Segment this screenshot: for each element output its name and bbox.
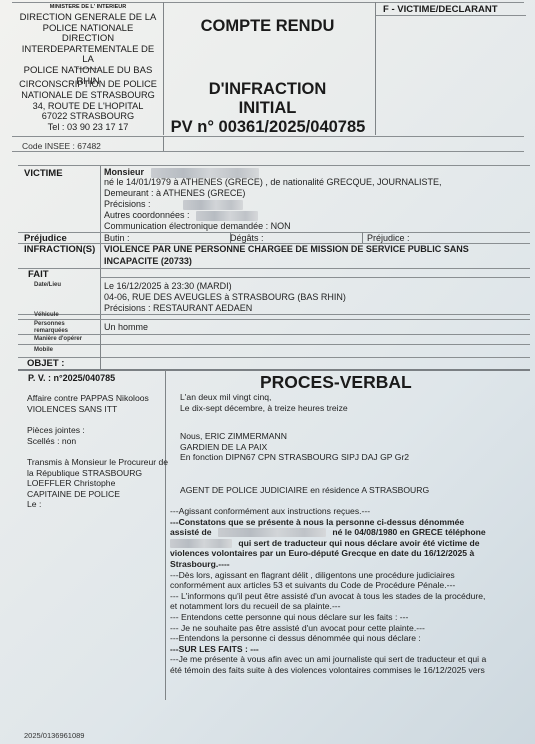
- officer-name: Nous, ERIC ZIMMERMANN: [180, 431, 409, 442]
- pv-opening: L'an deux mil vingt cinq, Le dix-sept dé…: [180, 392, 348, 413]
- assisted-by-label: assisté de: [170, 527, 212, 537]
- infraction-line: INCAPACITE (20733): [104, 256, 192, 266]
- header-bottom-border: [12, 136, 524, 137]
- constat-line: ---Constatons que se présente à nous la …: [170, 517, 486, 528]
- butin-field: Butin :: [104, 233, 130, 243]
- officer-quality: AGENT DE POLICE JUDICIAIRE en résidence …: [180, 485, 429, 496]
- direction-line: DIRECTION GENERALE DE LA: [15, 13, 161, 24]
- subtitle-line: D'INFRACTION: [165, 80, 370, 99]
- vehicule-label: Véhicule: [34, 312, 59, 319]
- pieces-line: Pièces jointes :: [27, 425, 85, 436]
- circonscription-line: 67022 STRASBOURG: [15, 111, 161, 122]
- document-title: COMPTE RENDU: [165, 17, 370, 36]
- entendons-line: --- Entendons cette personne qui nous dé…: [170, 612, 486, 623]
- subtitle-line: INITIAL: [165, 99, 370, 118]
- avocat-line: et notamment lors du recueil de sa plain…: [170, 601, 486, 612]
- degats-field: Dégâts :: [230, 233, 264, 243]
- objet-label: OBJET :: [27, 358, 64, 369]
- fait-subborder: [100, 277, 530, 278]
- form-type-label: F - VICTIME/DECLARANT: [383, 4, 498, 15]
- affaire-block: Affaire contre PAPPAS Nikoloos VIOLENCES…: [27, 393, 149, 414]
- affaire-line: Affaire contre PAPPAS Nikoloos: [27, 393, 149, 404]
- direction-line: INTERDEPARTEMENTALE DE LA: [15, 45, 161, 66]
- direction-block: DIRECTION GENERALE DE LA POLICE NATIONAL…: [15, 13, 161, 87]
- personnes-label: Personnes remarquées: [34, 321, 68, 334]
- statement-line: été témoin des faits suite à des violenc…: [170, 665, 486, 676]
- flagrant-line: ---Dès lors, agissant en flagrant délit …: [170, 570, 486, 581]
- mobile-top-border: [18, 344, 530, 345]
- redacted-precisions: [183, 200, 243, 210]
- officer-block: Nous, ERIC ZIMMERMANN GARDIEN DE LA PAIX…: [180, 431, 409, 463]
- personnes-value: Un homme: [104, 322, 148, 332]
- pv-column-divider: [165, 370, 166, 700]
- circonscription-line: NATIONALE DE STRASBOURG: [15, 90, 161, 101]
- pv-body: ---Agissant conformément aux instruction…: [170, 506, 486, 676]
- scelles-line: Scellés : non: [27, 436, 85, 447]
- objet-bottom-border: [18, 369, 530, 371]
- avocat-line: --- L'informons qu'il peut être assisté …: [170, 591, 486, 602]
- no-lawyer-line: --- Je ne souhaite pas être assisté d'un…: [170, 623, 486, 634]
- infraction-label: INFRACTION(S): [24, 244, 95, 255]
- translator-birth: né le 04/08/1980 en GRECE téléphone: [332, 527, 485, 537]
- redacted-contacts: [196, 211, 258, 221]
- ministry-label: MINISTERE DE L' INTERIEUR: [20, 4, 156, 10]
- personnes-label-line: Personnes: [34, 321, 68, 328]
- circonscription-line: CIRCONSCRIPTION DE POLICE: [15, 79, 161, 90]
- label-column-divider: [100, 166, 101, 344]
- instructions-line: ---Agissant conformément aux instruction…: [170, 506, 486, 517]
- fait-precisions: Précisions : RESTAURANT AEDAEN: [104, 303, 252, 313]
- constat-line: assisté de né le 04/08/1980 en GRECE tél…: [170, 527, 486, 538]
- victim-other-contacts: Autres coordonnées :: [104, 210, 258, 221]
- header-divider: [375, 2, 376, 135]
- mobile-label: Mobile: [34, 347, 53, 354]
- entendons-line: ---Entendons la personne ci dessus dénom…: [170, 633, 486, 644]
- insee-divider: [163, 136, 164, 151]
- transmis-block: Transmis à Monsieur le Procureur de la R…: [27, 457, 168, 510]
- redacted-translator-name: [218, 528, 326, 537]
- proces-verbal-title: PROCES-VERBAL: [260, 372, 412, 393]
- footer-reference: 2025/0136961089: [24, 731, 84, 740]
- year-line: L'an deux mil vingt cinq,: [180, 392, 348, 403]
- fait-label: FAIT: [28, 269, 49, 280]
- pv-number: PV n° 00361/2025/040785: [162, 118, 374, 137]
- prejudice-top-border: [18, 232, 530, 233]
- date-lieu-label: Date/Lieu: [34, 282, 61, 289]
- date-line: Le dix-sept décembre, à treize heures tr…: [180, 403, 348, 414]
- insee-bottom-border: [12, 151, 524, 152]
- prejudice-divider: [362, 232, 363, 243]
- statement-line: ---Je me présente à vous afin avec un am…: [170, 654, 486, 665]
- victim-label: VICTIME: [24, 168, 63, 179]
- transmis-line: LOEFFLER Christophe: [27, 478, 168, 489]
- label-column-divider: [100, 357, 101, 369]
- transmis-line: Le :: [27, 499, 168, 510]
- maniere-label: Manière d'opérer: [34, 336, 82, 343]
- constat-line: Strasbourg.----: [170, 559, 486, 570]
- victim-birth-line: né le 14/01/1979 à ATHENES (GRECE) , de …: [104, 177, 441, 187]
- constat-text: qui sert de traducteur qui nous déclare …: [238, 538, 479, 548]
- constat-line: qui sert de traducteur qui nous déclare …: [170, 538, 486, 549]
- pieces-block: Pièces jointes : Scellés : non: [27, 425, 85, 446]
- separator: ----------: [15, 66, 161, 73]
- sur-les-faits-heading: ---SUR LES FAITS : ---: [170, 644, 486, 655]
- form-type-underline: [376, 15, 526, 16]
- transmis-line: la République STRASBOURG: [27, 468, 168, 479]
- infraction-line: VIOLENCE PAR UNE PERSONNE CHARGEE DE MIS…: [104, 244, 469, 254]
- fait-address: 04-06, RUE DES AVEUGLES à STRASBOURG (BA…: [104, 292, 346, 302]
- officer-unit: En fonction DIPN67 CPN STRASBOURG SIPJ D…: [180, 452, 409, 463]
- prejudice-field: Préjudice :: [367, 233, 410, 243]
- pv-reference: P. V. : n°2025/040785: [28, 373, 115, 383]
- victim-electronic-comm: Communication électronique demandée : NO…: [104, 221, 291, 231]
- label-column-divider: [100, 344, 101, 357]
- top-border: [12, 2, 524, 3]
- flagrant-line: conformément aux articles 53 et suivants…: [170, 580, 486, 591]
- redacted-phone: [170, 539, 232, 548]
- personnes-top-border: [18, 319, 530, 320]
- code-insee: Code INSEE : 67482: [22, 141, 101, 151]
- header-divider: [163, 2, 164, 135]
- maniere-top-border: [18, 334, 530, 335]
- precisions-label: Précisions :: [104, 199, 151, 209]
- fait-top-border: [18, 268, 530, 269]
- transmis-line: CAPITAINE DE POLICE: [27, 489, 168, 500]
- circonscription-line: 34, ROUTE DE L'HOPITAL: [15, 101, 161, 112]
- other-contacts-label: Autres coordonnées :: [104, 210, 190, 220]
- circonscription-block: CIRCONSCRIPTION DE POLICE NATIONALE DE S…: [15, 79, 161, 133]
- officer-rank: GARDIEN DE LA PAIX: [180, 442, 409, 453]
- victim-residence: Demeurant : à ATHENES (GRECE): [104, 188, 245, 198]
- vehicule-top-border: [18, 314, 530, 315]
- civility-text: Monsieur: [104, 167, 144, 177]
- victim-top-border: [18, 165, 530, 166]
- fait-date: Le 16/12/2025 à 23:30 (MARDI): [104, 281, 232, 291]
- transmis-line: Transmis à Monsieur le Procureur de: [27, 457, 168, 468]
- affaire-line: VIOLENCES SANS ITT: [27, 404, 149, 415]
- circonscription-line: Tel : 03 90 23 17 17: [15, 122, 161, 133]
- victim-precisions: Précisions :: [104, 199, 243, 210]
- document-subtitle: D'INFRACTION INITIAL: [165, 80, 370, 118]
- objet-top-border: [18, 357, 530, 358]
- constat-line: violences volontaires par un Euro-député…: [170, 548, 486, 559]
